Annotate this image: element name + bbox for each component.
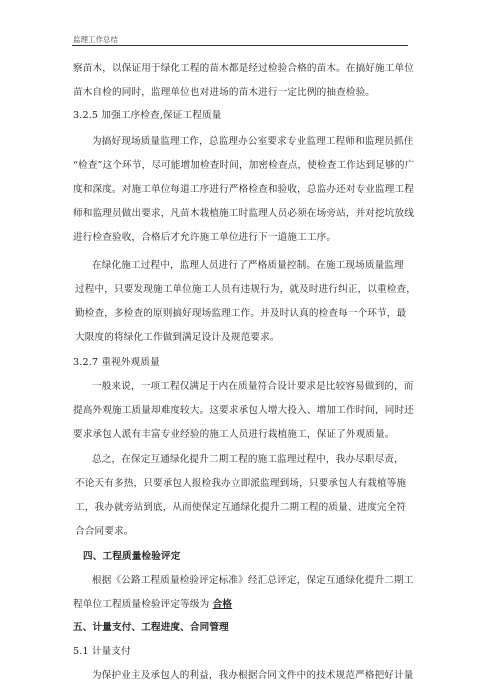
paragraph-line: 总之，在保定互通绿化提升二期工程的施工监理过程中，我办尽职尽责，	[92, 454, 404, 466]
paragraph-line: 合合同要求。	[75, 526, 133, 538]
running-header: 监理工作总结	[73, 34, 118, 45]
paragraph-line: 为保护业主及承包人的利益，我办根据合同文件中的技术规范严格把好计量	[92, 670, 414, 682]
section-heading-5: 五、计量支付、工程进度、合同管理	[73, 622, 229, 634]
paragraph-line: 大限度的将绿化工作做到满足设计及规范要求。	[75, 332, 280, 344]
paragraph-line: 进行检查验收，合格后才允许施工单位进行下一道施工工序。	[73, 232, 336, 244]
paragraph-line: 在绿化施工过程中，监理人员进行了严格质量控制。在施工现场质量监理	[92, 260, 404, 272]
paragraph-line: 提高外观施工质量却难度较大。这要求承包人增大投入、增加工作时间，同时还	[73, 405, 414, 417]
header-rule	[72, 45, 408, 46]
paragraph-line: 一般来说，一项工程仅满足于内在质量符合设计要求是比较容易做到的，而	[92, 381, 414, 393]
paragraph-line: 苗木自检的同时，监理单位也对进场的苗木进行一定比例的抽查检验。	[73, 87, 375, 99]
paragraph-line: 为搞好现场质量监理工作，总监理办公室要求专业监理工程师和监理员抓住	[92, 136, 414, 148]
paragraph-line: 过程中，只要发现施工单位施工人员有违规行为，就及时进行纠正，以重检查，	[75, 284, 416, 296]
document-page: 监理工作总结 察苗木，以保证用于绿化工程的苗木都是经过检验合格的苗木。在搞好施工…	[0, 0, 480, 700]
section-heading-3-2-7: 3.2.7 重视外观质量	[73, 357, 160, 369]
paragraph-line: 工，我办就旁站到底，从而使保定互通绿化提升二期工程的质量、进度完全符	[75, 502, 406, 514]
grade-label: 程单位工程质量检验评定等级为	[73, 599, 209, 610]
paragraph-line: 要求承包人派有丰富专业经验的施工人员进行栽植施工，保证了外观质量。	[73, 429, 395, 441]
paragraph-line: 度和深度。对施工单位每道工序进行严格检查和验收，总监办还对专业监理工程	[73, 184, 414, 196]
paragraph-line: 程单位工程质量检验评定等级为 合格	[73, 599, 232, 611]
paragraph-line: 察苗木，以保证用于绿化工程的苗木都是经过检验合格的苗木。在搞好施工单位	[73, 63, 414, 75]
paragraph-line: “检查”这个环节，尽可能增加检查时间，加密检查点，使检查工作达到足够的广	[73, 160, 414, 172]
section-heading-4: 四、工程质量检验评定	[83, 551, 180, 563]
paragraph-line: 勤检查，多检查的原则搞好现场监理工作。并及时认真的检查每一个环节，最	[75, 308, 406, 320]
section-heading-3-2-5: 3.2.5 加强工序检查,保证工程质量	[73, 110, 221, 122]
paragraph-line: 师和监理员做出要求，凡苗木栽植施工时监理人员必须在场旁站，并对挖坑放线	[73, 208, 414, 220]
paragraph-line: 根据《公路工程质量检验评定标准》经汇总评定，保定互通绿化提升二期工	[92, 575, 414, 587]
grade-value: 合格	[213, 599, 233, 610]
paragraph-line: 不论天有多热，只要承包人报检我办立即派监理到场，只要承包人有栽植等施	[75, 478, 406, 490]
section-heading-5-1: 5.1 计量支付	[73, 646, 131, 658]
